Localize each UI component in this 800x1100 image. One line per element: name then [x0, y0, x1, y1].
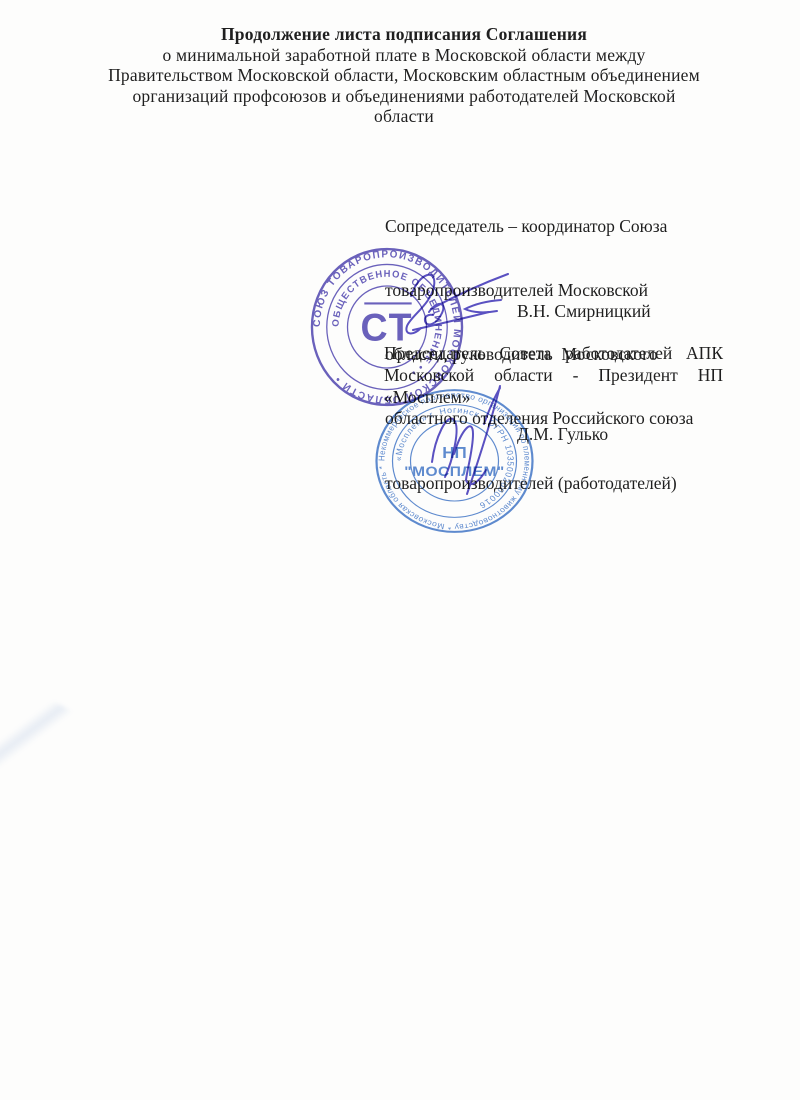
subtitle-line-2: Правительством Московской области, Моско…: [80, 65, 728, 86]
subtitle-line-4: области: [80, 106, 728, 127]
handwritten-signature-gulko: [412, 382, 540, 508]
handwritten-signature-smirnitsky: [383, 262, 513, 350]
scan-crease-artifact: [0, 679, 80, 792]
document-header: Продолжение листа подписания Соглашения …: [80, 24, 728, 127]
subtitle-line-1: о минимальной заработной плате в Московс…: [80, 45, 728, 66]
scanned-document-page: Продолжение листа подписания Соглашения …: [0, 0, 800, 1100]
subtitle-line-3: организаций профсоюзов и объединениями р…: [80, 86, 728, 107]
signatory1-name: В.Н. Смирницкий: [517, 301, 651, 322]
role-line: Сопредседатель – координатор Союза: [385, 216, 725, 237]
document-title: Продолжение листа подписания Соглашения: [80, 24, 728, 45]
